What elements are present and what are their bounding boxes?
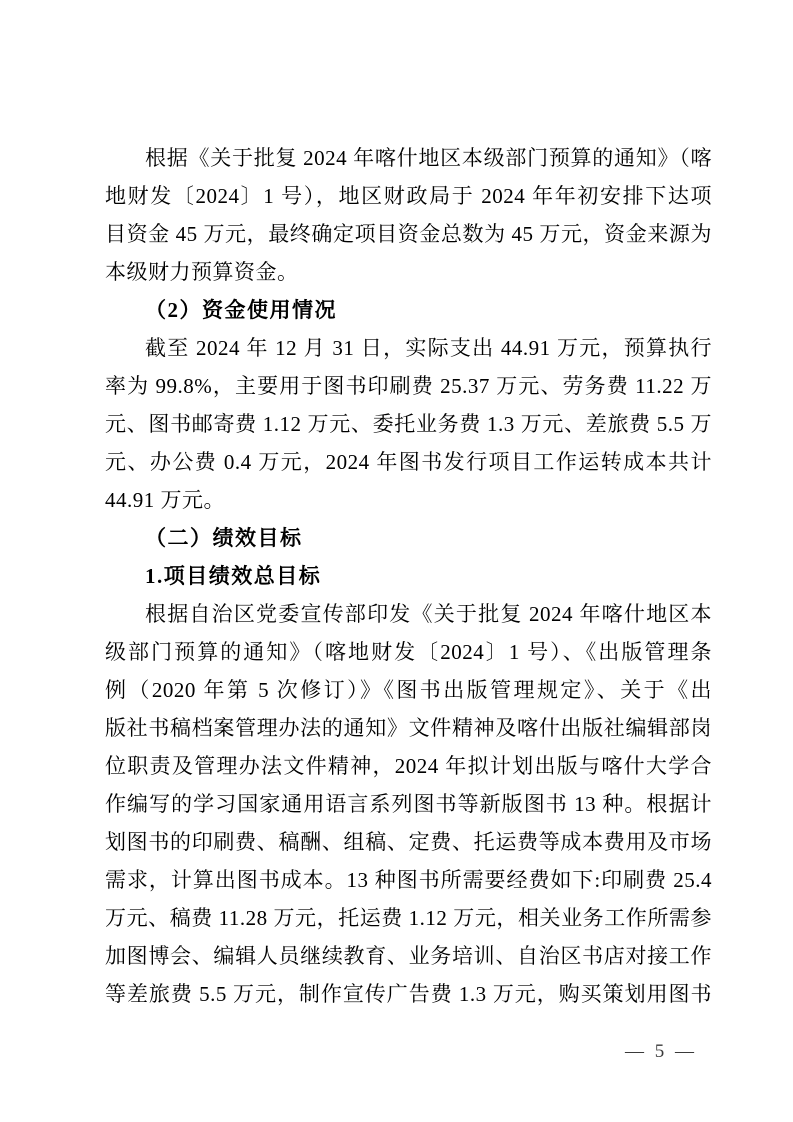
text-line: 位职责及管理办法文件精神，2024 年拟计划出版与喀什大学合 bbox=[105, 747, 712, 785]
text-line: 本级财力预算资金。 bbox=[105, 253, 712, 291]
document-page: 根据《关于批复 2024 年喀什地区本级部门预算的通知》（喀地财发〔2024〕1… bbox=[0, 0, 793, 1122]
text-line: 44.91 万元。 bbox=[105, 481, 712, 519]
heading-line: （2）资金使用情况 bbox=[105, 291, 712, 329]
text-line: 万元、稿费 11.28 万元，托运费 1.12 万元，相关业务工作所需参 bbox=[105, 899, 712, 937]
text-line: 截至 2024 年 12 月 31 日，实际支出 44.91 万元，预算执行 bbox=[105, 329, 712, 367]
text-line: 目资金 45 万元，最终确定项目资金总数为 45 万元，资金来源为 bbox=[105, 215, 712, 253]
page-number: — 5 — bbox=[625, 1039, 694, 1065]
text-line: 例（2020 年第 5 次修订）》《图书出版管理规定》、关于《出 bbox=[105, 671, 712, 709]
text-line: 等差旅费 5.5 万元，制作宣传广告费 1.3 万元，购买策划用图书 bbox=[105, 975, 712, 1013]
text-line: 根据自治区党委宣传部印发《关于批复 2024 年喀什地区本 bbox=[105, 595, 712, 633]
text-line: 率为 99.8%，主要用于图书印刷费 25.37 万元、劳务费 11.22 万 bbox=[105, 367, 712, 405]
text-line: 元、图书邮寄费 1.12 万元、委托业务费 1.3 万元、差旅费 5.5 万 bbox=[105, 405, 712, 443]
text-line: 作编写的学习国家通用语言系列图书等新版图书 13 种。根据计 bbox=[105, 785, 712, 823]
text-line: 划图书的印刷费、稿酬、组稿、定费、托运费等成本费用及市场 bbox=[105, 823, 712, 861]
heading-line: （二）绩效目标 bbox=[105, 519, 712, 557]
document-body: 根据《关于批复 2024 年喀什地区本级部门预算的通知》（喀地财发〔2024〕1… bbox=[105, 139, 712, 1013]
text-line: 元、办公费 0.4 万元，2024 年图书发行项目工作运转成本共计 bbox=[105, 443, 712, 481]
text-line: 地财发〔2024〕1 号），地区财政局于 2024 年年初安排下达项 bbox=[105, 177, 712, 215]
text-line: 版社书稿档案管理办法的通知》文件精神及喀什出版社编辑部岗 bbox=[105, 709, 712, 747]
text-line: 需求，计算出图书成本。13 种图书所需要经费如下:印刷费 25.4 bbox=[105, 861, 712, 899]
text-line: 级部门预算的通知》（喀地财发〔2024〕1 号）、《出版管理条 bbox=[105, 633, 712, 671]
text-line: 加图博会、编辑人员继续教育、业务培训、自治区书店对接工作 bbox=[105, 937, 712, 975]
text-line: 根据《关于批复 2024 年喀什地区本级部门预算的通知》（喀 bbox=[105, 139, 712, 177]
heading-line: 1.项目绩效总目标 bbox=[105, 557, 712, 595]
